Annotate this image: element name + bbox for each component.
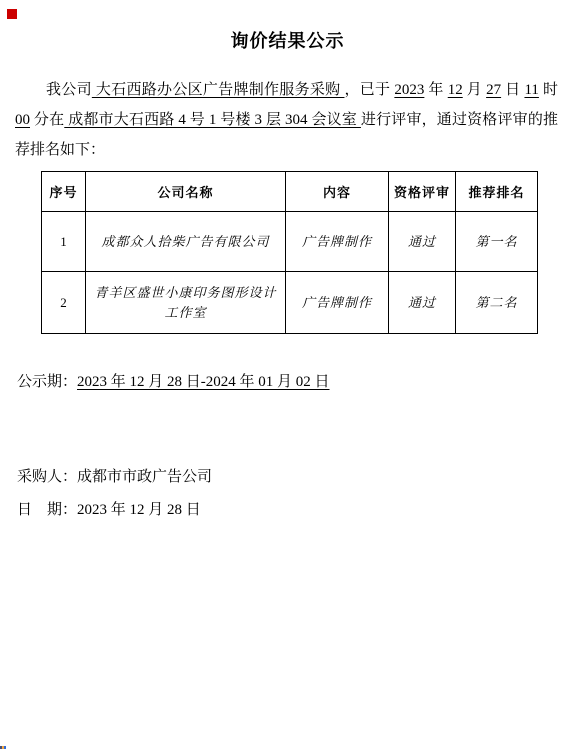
minute-underlined: 00 bbox=[15, 112, 30, 128]
result-table: 序号 公司名称 内容 资格评审 推荐排名 1 成都众人拾柴广告有限公司 广告牌制… bbox=[41, 171, 538, 334]
hour-underlined: 11 bbox=[524, 82, 538, 98]
header-cell-company: 公司名称 bbox=[86, 172, 286, 212]
month-underlined: 12 bbox=[448, 82, 463, 98]
paragraph-segment: 我公司 bbox=[46, 82, 92, 98]
cell-content: 广告牌制作 bbox=[286, 212, 389, 272]
cell-company: 青羊区盛世小康印务图形设计工作室 bbox=[86, 272, 286, 334]
paragraph-segment: ，已于 bbox=[344, 82, 394, 98]
paragraph-segment: 月 bbox=[463, 82, 486, 98]
paragraph-segment: 时 bbox=[539, 82, 558, 98]
paragraph-segment: 分在 bbox=[30, 112, 64, 128]
purchaser-line: 采购人：成都市市政广告公司 bbox=[17, 467, 212, 487]
cell-content: 广告牌制作 bbox=[286, 272, 389, 334]
cell-seq: 1 bbox=[42, 212, 86, 272]
cell-rank: 第一名 bbox=[456, 212, 538, 272]
year-underlined: 2023 bbox=[394, 82, 424, 98]
table-header-row: 序号 公司名称 内容 资格评审 推荐排名 bbox=[42, 172, 538, 212]
project-name-underlined: 大石西路办公区广告牌制作服务采购 bbox=[92, 82, 345, 98]
day-underlined: 27 bbox=[486, 82, 501, 98]
publicity-period-line: 公示期：2023 年 12 月 28 日-2024 年 01 月 02 日 bbox=[17, 372, 330, 392]
page-title: 询价结果公示 bbox=[0, 27, 575, 53]
red-square-marker bbox=[7, 9, 17, 19]
header-cell-rank: 推荐排名 bbox=[456, 172, 538, 212]
table-row: 2 青羊区盛世小康印务图形设计工作室 广告牌制作 通过 第二名 bbox=[42, 272, 538, 334]
intro-paragraph: 我公司 大石西路办公区广告牌制作服务采购 ，已于 2023 年 12 月 27 … bbox=[15, 75, 558, 165]
cell-qualification: 通过 bbox=[389, 212, 456, 272]
cell-seq: 2 bbox=[42, 272, 86, 334]
publicity-period-value: 2023 年 12 月 28 日-2024 年 01 月 02 日 bbox=[77, 374, 330, 390]
date-value: 2023 年 12 月 28 日 bbox=[77, 502, 201, 518]
cell-rank: 第二名 bbox=[456, 272, 538, 334]
header-cell-seq: 序号 bbox=[42, 172, 86, 212]
corner-pixel-artifact bbox=[0, 746, 6, 749]
announcement-document: 询价结果公示 我公司 大石西路办公区广告牌制作服务采购 ，已于 2023 年 1… bbox=[0, 0, 575, 750]
purchaser-label: 采购人： bbox=[17, 469, 77, 485]
purchaser-value: 成都市市政广告公司 bbox=[77, 469, 212, 485]
venue-underlined: 成都市大石西路 4 号 1 号楼 3 层 304 会议室 bbox=[64, 112, 361, 128]
cell-company: 成都众人拾柴广告有限公司 bbox=[86, 212, 286, 272]
corner-pixel bbox=[4, 746, 6, 749]
date-line: 日 期：2023 年 12 月 28 日 bbox=[17, 500, 201, 520]
header-cell-qualification: 资格评审 bbox=[389, 172, 456, 212]
table-row: 1 成都众人拾柴广告有限公司 广告牌制作 通过 第一名 bbox=[42, 212, 538, 272]
paragraph-segment: 日 bbox=[501, 82, 524, 98]
date-label: 日 期： bbox=[17, 502, 77, 518]
header-cell-content: 内容 bbox=[286, 172, 389, 212]
cell-qualification: 通过 bbox=[389, 272, 456, 334]
paragraph-segment: 年 bbox=[424, 82, 447, 98]
publicity-period-label: 公示期： bbox=[17, 374, 77, 390]
